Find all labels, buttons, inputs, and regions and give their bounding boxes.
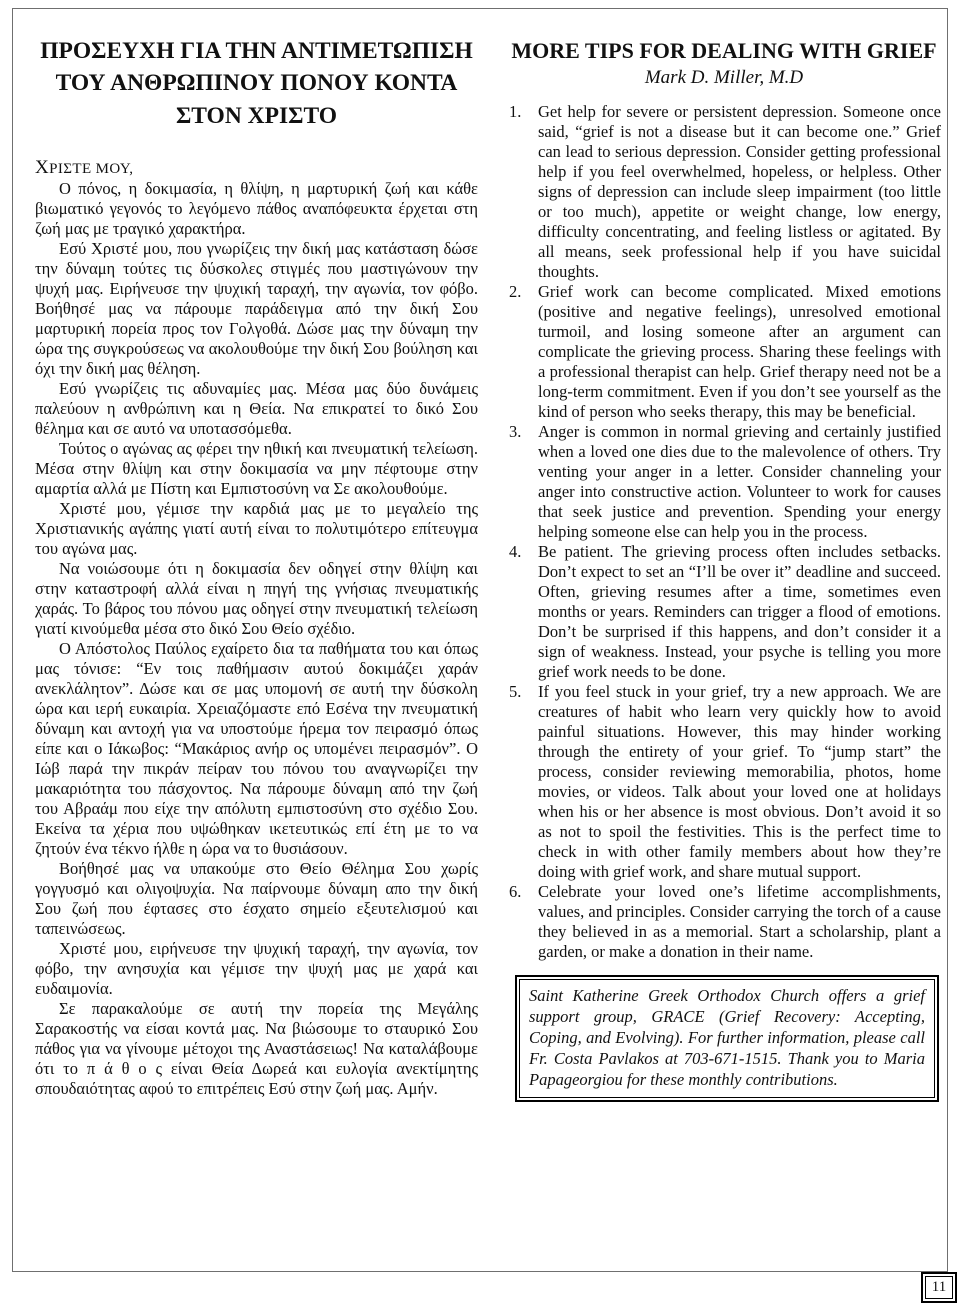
tip-text-6: Celebrate your loved one’s lifetime acco… (538, 882, 941, 961)
page-frame: ΠΡΟΣΕΥΧΗ ΓΙΑ ΤΗΝ ΑΝΤΙΜΕΤΩΠΙΣΗ ΤΟΥ ΑΝΘΡΩΠ… (12, 8, 948, 1272)
english-title: MORE TIPS FOR DEALING WITH GRIEF (507, 37, 941, 65)
greek-salutation: ΧΡΙΣΤΕ ΜΟΥ, (35, 158, 478, 179)
tip-number-2: 2. (509, 282, 521, 302)
greek-paragraph-3: Εσύ γνωρίζεις τις αδυναμίες μας. Μέσα μα… (35, 379, 478, 439)
tip-number-3: 3. (509, 422, 521, 442)
greek-column: ΠΡΟΣΕΥΧΗ ΓΙΑ ΤΗΝ ΑΝΤΙΜΕΤΩΠΙΣΗ ΤΟΥ ΑΝΘΡΩΠ… (35, 9, 478, 1271)
tip-number-6: 6. (509, 882, 521, 902)
page-number: 11 (932, 1279, 946, 1295)
tip-item-1: 1. Get help for severe or persistent dep… (507, 102, 941, 282)
greek-paragraph-4: Τούτος ο αγώνας ας φέρει την ηθική και π… (35, 439, 478, 499)
greek-paragraph-7: Ο Απόστολος Παύλος εχαίρετο δια τα παθήμ… (35, 639, 478, 859)
greek-paragraph-8: Βοήθησέ μας να υπακούμε στο Θείο Θέλημα … (35, 859, 478, 939)
tip-number-5: 5. (509, 682, 521, 702)
tip-number-4: 4. (509, 542, 521, 562)
greek-title: ΠΡΟΣΕΥΧΗ ΓΙΑ ΤΗΝ ΑΝΤΙΜΕΤΩΠΙΣΗ ΤΟΥ ΑΝΘΡΩΠ… (39, 35, 474, 132)
greek-paragraph-9: Χριστέ μου, ειρήνευσε την ψυχική ταραχή,… (35, 939, 478, 999)
greek-paragraph-5: Χριστέ μου, γέμισε την καρδιά μας με το … (35, 499, 478, 559)
tip-text-2: Grief work can become complicated. Mixed… (538, 282, 941, 421)
tip-text-4: Be patient. The grieving process often i… (538, 542, 941, 681)
greek-paragraph-10: Σε παρακαλούμε σε αυτή την πορεία της Με… (35, 999, 478, 1099)
tip-item-6: 6. Celebrate your loved one’s lifetime a… (507, 882, 941, 962)
grace-notice-box: Saint Katherine Greek Orthodox Church of… (515, 975, 939, 1102)
greek-paragraph-1: Ο πόνος, η δοκιμασία, η θλίψη, η μαρτυρι… (35, 179, 478, 239)
tip-text-3: Anger is common in normal grieving and c… (538, 422, 941, 541)
page-number-box: 11 (921, 1272, 957, 1303)
grace-notice-inner-border: Saint Katherine Greek Orthodox Church of… (519, 979, 935, 1098)
tip-item-3: 3. Anger is common in normal grieving an… (507, 422, 941, 542)
tip-item-4: 4. Be patient. The grieving process ofte… (507, 542, 941, 682)
greek-paragraph-2: Εσύ Χριστέ μου, που γνωρίζεις την δική μ… (35, 239, 478, 379)
grace-notice-text: Saint Katherine Greek Orthodox Church of… (529, 985, 925, 1090)
tip-item-2: 2. Grief work can become complicated. Mi… (507, 282, 941, 422)
tip-text-5: If you feel stuck in your grief, try a n… (538, 682, 941, 881)
greek-paragraph-6: Να νοιώσουμε ότι η δοκιμασία δεν οδηγεί … (35, 559, 478, 639)
page-number-inner-border: 11 (925, 1276, 953, 1299)
tip-item-5: 5. If you feel stuck in your grief, try … (507, 682, 941, 882)
english-column: MORE TIPS FOR DEALING WITH GRIEF Mark D.… (507, 9, 941, 1271)
tip-number-1: 1. (509, 102, 521, 122)
tip-text-1: Get help for severe or persistent depres… (538, 102, 941, 281)
tips-list: 1. Get help for severe or persistent dep… (507, 102, 941, 962)
english-author: Mark D. Miller, M.D (507, 67, 941, 89)
